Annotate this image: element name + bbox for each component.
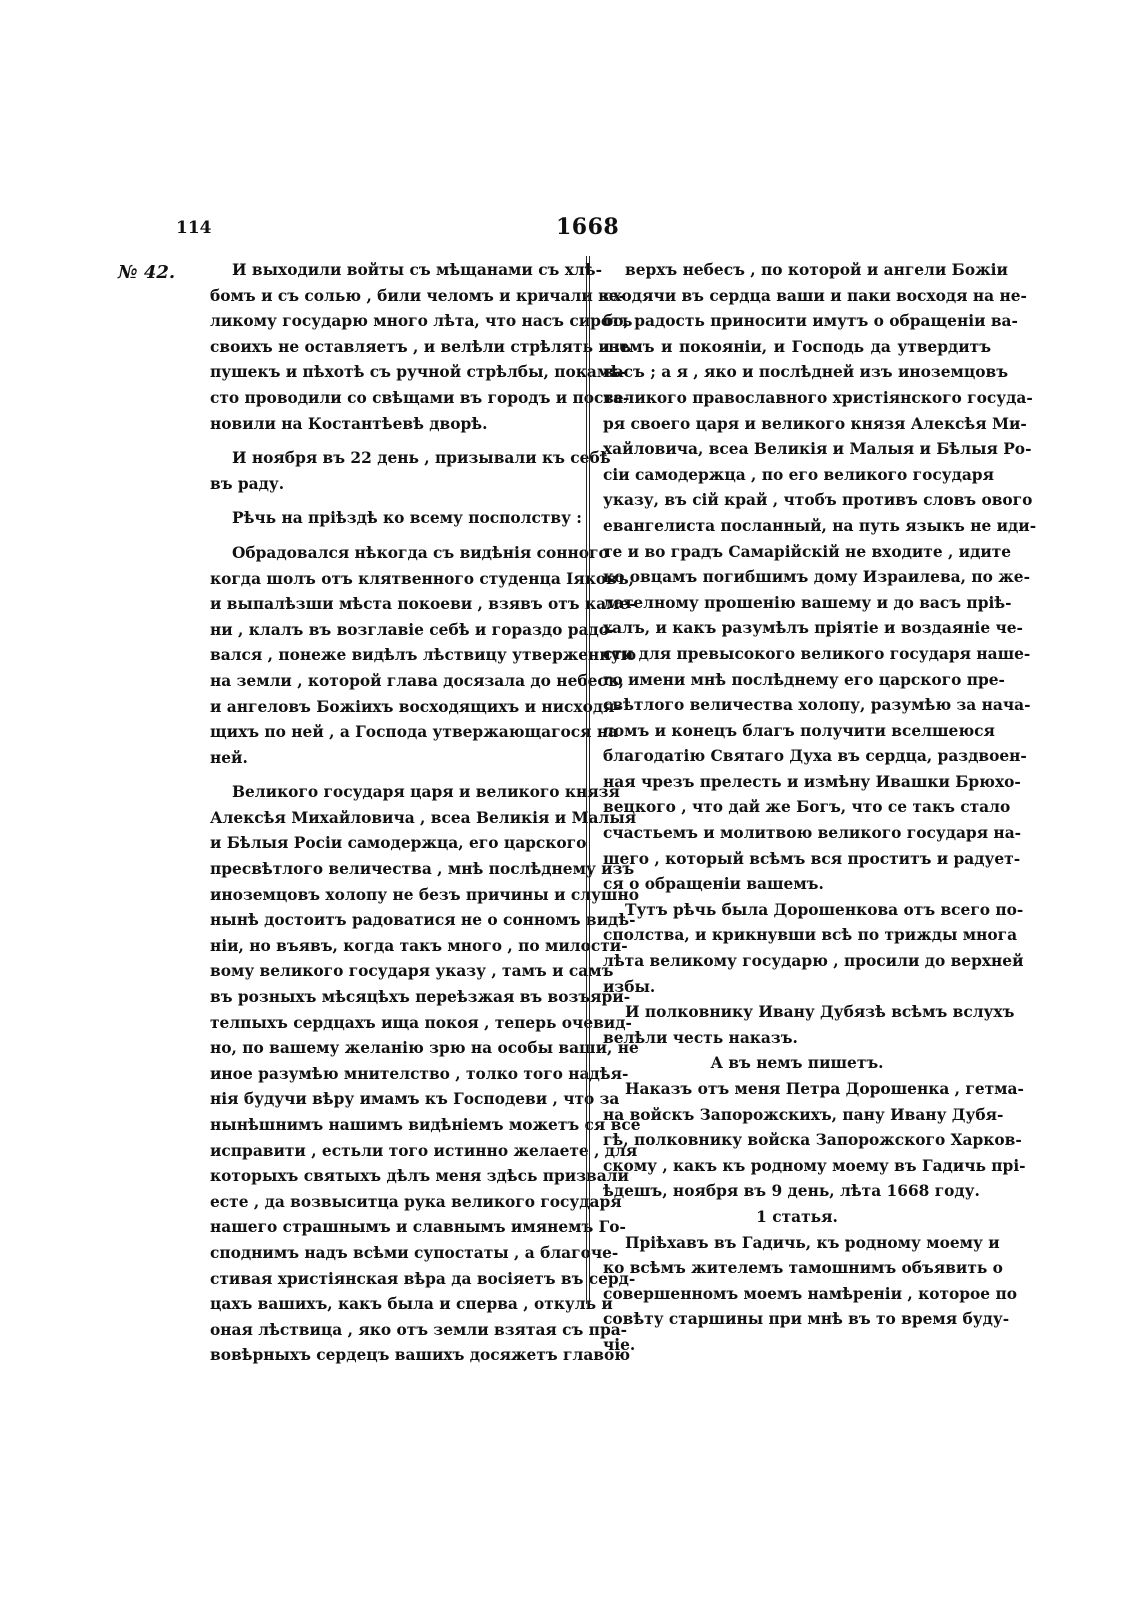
text-line: Тутъ рѣчь была Дорошенкова отъ всего по-	[603, 898, 991, 924]
text-line: свѣтлого величества холопу, разумѣю за н…	[603, 693, 991, 719]
text-line: и ангеловъ Божiихъ восходящихъ и нисходя…	[210, 695, 580, 721]
paragraph: Рѣчь на прiѣздѣ ко всему посполству :	[210, 506, 580, 532]
text-line: Прiѣхавъ въ Гадичь, къ родному моему и	[603, 1231, 991, 1257]
text-line: Наказъ отъ меня Петра Дорошенка , гетма-	[603, 1077, 991, 1103]
text-line: велѣли честь наказъ.	[603, 1026, 991, 1052]
text-line: васъ ; а я , яко и послѣдней изъ иноземц…	[603, 360, 991, 386]
text-line: халъ, и какъ разумѣлъ прiятiе и воздаянi…	[603, 616, 991, 642]
text-line: на земли , которой глава досязала до неб…	[210, 669, 580, 695]
text-line: ликому государю много лѣта, что насъ сир…	[210, 309, 580, 335]
text-line: И полковнику Ивану Дубязѣ всѣмъ вслухъ	[603, 1000, 991, 1026]
text-line: споднимъ надъ всѣми супостаты , а благоч…	[210, 1241, 580, 1267]
text-line: вался , понеже видѣлъ лѣствицу утверженн…	[210, 643, 580, 669]
text-line: которыхъ святыхъ дѣлъ меня здѣсь призвал…	[210, 1164, 580, 1190]
text-line: сходячи въ сердца ваши и паки восходя на…	[603, 284, 991, 310]
text-line: ря своего царя и великого князя Алексѣя …	[603, 412, 991, 438]
text-line: И выходили войты съ мѣщанами съ хлѣ-	[210, 258, 580, 284]
paragraph: Обрадовался нѣкогда съ видѣнiя сонногоко…	[210, 541, 580, 771]
text-line: скому , какъ къ родному моему въ Гадичь …	[603, 1154, 991, 1180]
paragraph: верхъ небесъ , по которой и ангели Божiи…	[603, 258, 991, 898]
text-line: совѣту старшины при мнѣ въ то время буду…	[603, 1307, 991, 1333]
page-number: 114	[176, 218, 212, 238]
document-number: № 42.	[118, 262, 175, 283]
year-header: 1668	[556, 214, 619, 240]
text-line: телпыхъ сердцахъ ища покоя , теперь очев…	[210, 1011, 580, 1037]
text-line: го имени мнѣ послѣднему его царского пре…	[603, 668, 991, 694]
text-line: шего , который всѣмъ вся проститъ и раду…	[603, 847, 991, 873]
text-line: Алексѣя Михайловича , всеа Великiя и Мал…	[210, 806, 580, 832]
text-line: ломъ и конецъ благъ получити вселшеюся	[603, 719, 991, 745]
text-line: исправити , естьли того истинно желаете …	[210, 1139, 580, 1165]
text-line: ней.	[210, 746, 580, 772]
paragraph: Наказъ отъ меня Петра Дорошенка , гетма-…	[603, 1077, 991, 1205]
text-line: вецкого , что дай же Богъ, что се такъ с…	[603, 795, 991, 821]
text-line: великого православного христiянского гос…	[603, 386, 991, 412]
text-line: ная чрезъ прелесть и измѣну Ивашки Брюхо…	[603, 770, 991, 796]
text-line: нынѣ достоитъ радоватися не о сонномъ ви…	[210, 908, 580, 934]
text-line: въ розныхъ мѣсяцѣхъ переѣзжая въ возъяри…	[210, 985, 580, 1011]
text-line: бомъ и съ солью , били челомъ и кричали …	[210, 284, 580, 310]
text-line: вому великого государя указу , тамъ и са…	[210, 959, 580, 985]
text-line: Обрадовался нѣкогда съ видѣнiя сонного	[210, 541, 580, 567]
paragraph: И полковнику Ивану Дубязѣ всѣмъ вслухъве…	[603, 1000, 991, 1051]
right-column: верхъ небесъ , по которой и ангели Божiи…	[603, 258, 991, 1359]
text-line: иное разумѣю мнителство , толко того над…	[210, 1062, 580, 1088]
text-line: счастьемъ и молитвою великого государя н…	[603, 821, 991, 847]
text-line: Рѣчь на прiѣздѣ ко всему посполству :	[210, 506, 580, 532]
text-line: иноземцовъ холопу не безъ причины и слуш…	[210, 883, 580, 909]
text-line: гѣ, полковнику войска Запорожского Харко…	[603, 1128, 991, 1154]
text-line: нiя будучи вѣру имамъ къ Господеви , что…	[210, 1087, 580, 1113]
text-line: своихъ не оставляетъ , и велѣли стрѣлять…	[210, 335, 580, 361]
text-line: И ноября въ 22 день , призывали къ себѣ	[210, 446, 580, 472]
text-line: сти для превысокого великого государя на…	[603, 642, 991, 668]
text-line: указу, въ сiй край , чтобъ противъ словъ…	[603, 488, 991, 514]
text-line: совершенномъ моемъ намѣренiи , которое п…	[603, 1282, 991, 1308]
text-line: щихъ по ней , а Господа утвержающагося н…	[210, 720, 580, 746]
text-line: ѣдешъ, ноября въ 9 день, лѣта 1668 году.	[603, 1179, 991, 1205]
text-line: цахъ вашихъ, какъ была и сперва , откуль…	[210, 1292, 580, 1318]
text-line: но, по вашему желанiю зрю на особы ваши,…	[210, 1036, 580, 1062]
text-line: на войскъ Запорожскихъ, пану Ивану Дубя-	[603, 1103, 991, 1129]
text-line: стивая христiянская вѣра да восiяетъ въ …	[210, 1267, 580, 1293]
text-line: чiе.	[603, 1333, 991, 1359]
text-line: хайловича, всеа Великiя и Малыя и Бѣлыя …	[603, 437, 991, 463]
text-line: ни , клалъ въ возглавiе себѣ и гораздо р…	[210, 618, 580, 644]
text-line: вовѣрныхъ сердецъ вашихъ досяжетъ главою	[210, 1343, 580, 1369]
text-line: ся о обращенiи вашемъ.	[603, 872, 991, 898]
text-line: нiи, но въявъ, когда такъ много , по мил…	[210, 934, 580, 960]
text-line: евангелиста посланный, на путь языкъ не …	[603, 514, 991, 540]
text-line: въ раду.	[210, 472, 580, 498]
text-line: сто проводили со свѣщами въ городъ и пос…	[210, 386, 580, 412]
text-line: сполства, и крикнувши всѣ по трижды мног…	[603, 923, 991, 949]
text-line: Великого государя царя и великого князя	[210, 780, 580, 806]
text-line: те и во градъ Самарiйскiй не входите , и…	[603, 540, 991, 566]
paragraph: И ноября въ 22 день , призывали къ себѣв…	[210, 446, 580, 497]
text-line: лѣта великому государю , просили до верх…	[603, 949, 991, 975]
text-line: и Бѣлыя Росiи самодержца, его царского	[210, 831, 580, 857]
left-column: И выходили войты съ мѣщанами съ хлѣ-бомъ…	[210, 258, 580, 1378]
text-line: избы.	[603, 975, 991, 1001]
text-line: бо, радость приносити имутъ о обращенiи …	[603, 309, 991, 335]
text-line: ко всѣмъ жителемъ тамошнимъ объявить о	[603, 1256, 991, 1282]
text-line: сiи самодержца , по его великого государ…	[603, 463, 991, 489]
text-line: пресвѣтлого величества , мнѣ послѣднему …	[210, 857, 580, 883]
text-line: и выпалѣзши мѣста покоеви , взявъ отъ ка…	[210, 592, 580, 618]
text-line: 1 статья.	[603, 1205, 991, 1231]
text-line: новили на Костантѣевѣ дворѣ.	[210, 412, 580, 438]
text-line: верхъ небесъ , по которой и ангели Божiи	[603, 258, 991, 284]
text-line: пушекъ и пѣхотѣ съ ручной стрѣлбы, покам…	[210, 360, 580, 386]
text-line: лателному прошенiю вашему и до васъ прiѣ…	[603, 591, 991, 617]
text-line: нашего страшнымъ и славнымъ имянемъ Го-	[210, 1215, 580, 1241]
paragraph: И выходили войты съ мѣщанами съ хлѣ-бомъ…	[210, 258, 580, 437]
text-line: когда шолъ отъ клятвенного студенца Iяко…	[210, 567, 580, 593]
text-line: нынѣшнимъ нашимъ видѣнiемъ можетъ ся все	[210, 1113, 580, 1139]
paragraph: А въ немъ пишетъ.	[603, 1051, 991, 1077]
text-line: шемъ и покоянiи, и Господь да утвердитъ	[603, 335, 991, 361]
text-line: ко овцамъ погибшимъ дому Израилева, по ж…	[603, 565, 991, 591]
paragraph: Тутъ рѣчь была Дорошенкова отъ всего по-…	[603, 898, 991, 1000]
paragraph: Великого государя царя и великого князяА…	[210, 780, 580, 1369]
text-line: оная лѣствица , яко отъ земли взятая съ …	[210, 1318, 580, 1344]
text-line: А въ немъ пишетъ.	[603, 1051, 991, 1077]
paragraph: 1 статья.	[603, 1205, 991, 1231]
text-line: есте , да возвыситца рука великого госуд…	[210, 1190, 580, 1216]
paragraph: Прiѣхавъ въ Гадичь, къ родному моему ико…	[603, 1231, 991, 1359]
column-divider	[586, 256, 590, 1304]
text-line: благодатiю Святаго Духа въ сердца, раздв…	[603, 744, 991, 770]
